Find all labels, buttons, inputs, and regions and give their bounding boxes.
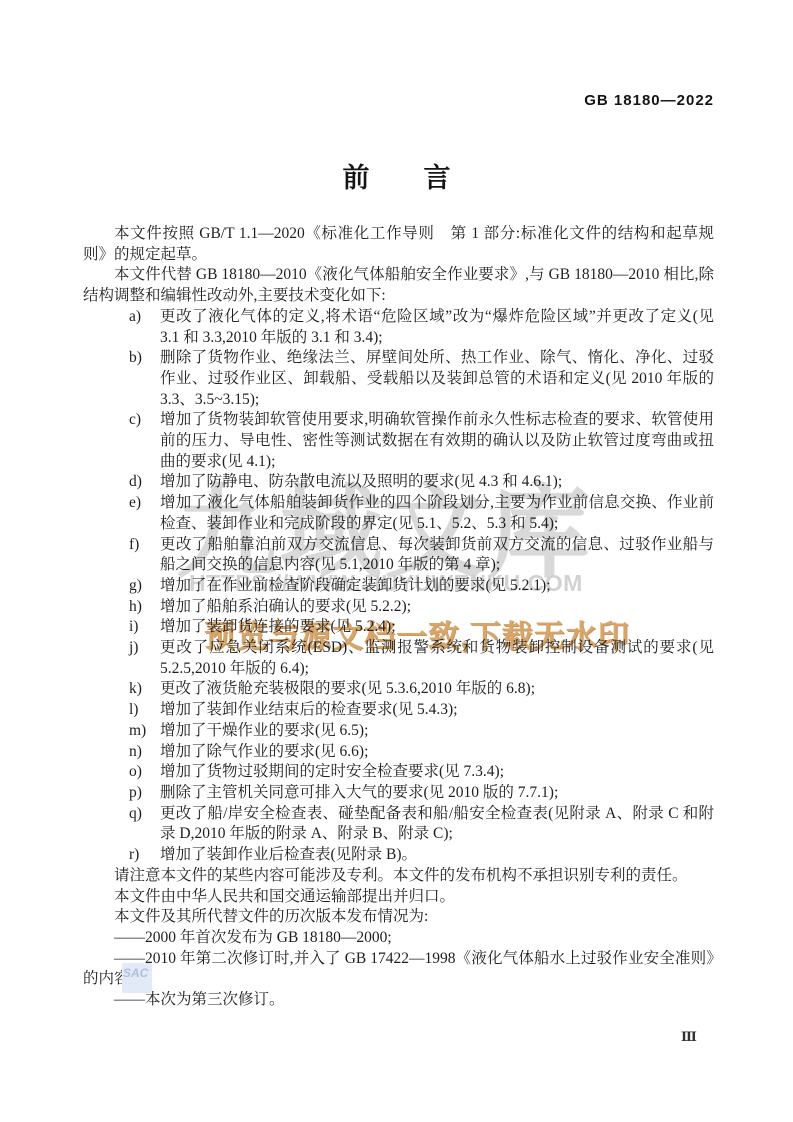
history-item: ——2010 年第二次修订时,并入了 GB 17422—1998《液化气体船水上…: [83, 949, 714, 990]
change-item-label: h): [129, 597, 160, 618]
change-list-item: r) 增加了装卸作业后检查表(见附录 B)。: [129, 845, 714, 866]
change-list-item: o) 增加了货物过驳期间的定时安全检查要求(见 7.3.4);: [129, 762, 714, 783]
change-item-text: 更改了船舶靠泊前双方交流信息、每次装卸货前双方交流的信息、过驳作业船与船之间交换…: [160, 535, 714, 576]
change-item-text: 删除了货物作业、绝缘法兰、屏壁间处所、热工作业、除气、惰化、净化、过驳作业、过驳…: [160, 348, 714, 410]
change-item-label: n): [129, 742, 160, 763]
change-item-label: l): [129, 700, 160, 721]
change-item-text: 增加了装卸作业后检查表(见附录 B)。: [160, 845, 714, 866]
change-list-item: g) 增加了在作业前检查阶段确定装卸货计划的要求(见 5.2.1);: [129, 576, 714, 597]
change-item-label: p): [129, 783, 160, 804]
history-item: ——本次为第三次修订。: [83, 990, 714, 1011]
change-item-label: i): [129, 617, 160, 638]
change-item-label: c): [129, 410, 160, 472]
doc-number: GB 18180—2022: [584, 92, 714, 109]
change-item-label: j): [129, 638, 160, 679]
change-item-text: 增加了装卸货连接的要求(见 5.2.4);: [160, 617, 714, 638]
change-item-text: 增加了干燥作业的要求(见 6.5);: [160, 721, 714, 742]
change-list-item: a) 更改了液化气体的定义,将术语“危险区域”改为“爆炸危险区域”并更改了定义(…: [129, 307, 714, 348]
change-list-item: h) 增加了船舶系泊确认的要求(见 5.2.2);: [129, 597, 714, 618]
sac-logo-text: SAC: [123, 966, 148, 980]
change-item-text: 更改了液化气体的定义,将术语“危险区域”改为“爆炸危险区域”并更改了定义(见 3…: [160, 307, 714, 348]
change-item-label: o): [129, 762, 160, 783]
change-item-label: b): [129, 348, 160, 410]
note-history-intro: 本文件及其所代替文件的历次版本发布情况为:: [83, 907, 714, 928]
change-list: a) 更改了液化气体的定义,将术语“危险区域”改为“爆炸危险区域”并更改了定义(…: [83, 307, 714, 866]
change-item-text: 增加了液化气体船舶装卸货作业的四个阶段划分,主要为作业前信息交换、作业前检查、装…: [160, 493, 714, 534]
change-item-text: 增加了货物过驳期间的定时安全检查要求(见 7.3.4);: [160, 762, 714, 783]
change-list-item: m) 增加了干燥作业的要求(见 6.5);: [129, 721, 714, 742]
change-item-label: m): [129, 721, 160, 742]
sac-logo: SAC: [122, 963, 152, 993]
change-item-text: 更改了液货舱充装极限的要求(见 5.3.6,2010 年版的 6.8);: [160, 679, 714, 700]
change-item-text: 更改了船/岸安全检查表、碰垫配备表和船/船安全检查表(见附录 A、附录 C 和附…: [160, 804, 714, 845]
note-proposer: 本文件由中华人民共和国交通运输部提出并归口。: [83, 887, 714, 908]
change-list-item: d) 增加了防静电、防杂散电流以及照明的要求(见 4.3 和 4.6.1);: [129, 472, 714, 493]
page-number-roman: Ⅲ: [681, 1029, 697, 1045]
change-item-label: e): [129, 493, 160, 534]
change-list-item: c) 增加了货物装卸软管使用要求,明确软管操作前永久性标志检查的要求、软管使用前…: [129, 410, 714, 472]
change-list-item: f) 更改了船舶靠泊前双方交流信息、每次装卸货前双方交流的信息、过驳作业船与船之…: [129, 535, 714, 576]
change-item-text: 增加了装卸作业结束后的检查要求(见 5.4.3);: [160, 700, 714, 721]
change-item-text: 增加了防静电、防杂散电流以及照明的要求(见 4.3 和 4.6.1);: [160, 472, 714, 493]
document-page: 九域文库 HTTPS://WWW.JIUYUWENKU.COM 预览与源文档一致…: [0, 0, 793, 1122]
change-list-item: e) 增加了液化气体船舶装卸货作业的四个阶段划分,主要为作业前信息交换、作业前检…: [129, 493, 714, 534]
change-item-text: 增加了在作业前检查阶段确定装卸货计划的要求(见 5.2.1);: [160, 576, 714, 597]
change-item-label: r): [129, 845, 160, 866]
change-item-label: d): [129, 472, 160, 493]
page-title: 前 言: [0, 156, 793, 195]
change-item-text: 增加了货物装卸软管使用要求,明确软管操作前永久性标志检查的要求、软管使用前的压力…: [160, 410, 714, 472]
change-list-item: j) 更改了应急关闭系统(ESD)、监测报警系统和货物装卸控制设备测试的要求(见…: [129, 638, 714, 679]
change-list-item: b) 删除了货物作业、绝缘法兰、屏壁间处所、热工作业、除气、惰化、净化、过驳作业…: [129, 348, 714, 410]
foreword-content: 本文件按照 GB/T 1.1—2020《标准化工作导则 第 1 部分:标准化文件…: [83, 224, 714, 1011]
note-patent: 请注意本文件的某些内容可能涉及专利。本文件的发布机构不承担识别专利的责任。: [83, 866, 714, 887]
change-item-text: 更改了应急关闭系统(ESD)、监测报警系统和货物装卸控制设备测试的要求(见 5.…: [160, 638, 714, 679]
change-list-item: i) 增加了装卸货连接的要求(见 5.2.4);: [129, 617, 714, 638]
change-list-item: l) 增加了装卸作业结束后的检查要求(见 5.4.3);: [129, 700, 714, 721]
change-item-label: a): [129, 307, 160, 348]
paragraph-replaces: 本文件代替 GB 18180—2010《液化气体船舶安全作业要求》,与 GB 1…: [83, 265, 714, 306]
change-item-label: g): [129, 576, 160, 597]
change-item-label: f): [129, 535, 160, 576]
change-item-text: 删除了主管机关同意可排入大气的要求(见 2010 版的 7.7.1);: [160, 783, 714, 804]
change-item-label: k): [129, 679, 160, 700]
change-item-text: 增加了船舶系泊确认的要求(见 5.2.2);: [160, 597, 714, 618]
change-item-label: q): [129, 804, 160, 845]
change-list-item: k) 更改了液货舱充装极限的要求(见 5.3.6,2010 年版的 6.8);: [129, 679, 714, 700]
change-item-text: 增加了除气作业的要求(见 6.6);: [160, 742, 714, 763]
change-list-item: q) 更改了船/岸安全检查表、碰垫配备表和船/船安全检查表(见附录 A、附录 C…: [129, 804, 714, 845]
change-list-item: n) 增加了除气作业的要求(见 6.6);: [129, 742, 714, 763]
change-list-item: p) 删除了主管机关同意可排入大气的要求(见 2010 版的 7.7.1);: [129, 783, 714, 804]
paragraph-drafting-rule: 本文件按照 GB/T 1.1—2020《标准化工作导则 第 1 部分:标准化文件…: [83, 224, 714, 265]
history-item: ——2000 年首次发布为 GB 18180—2000;: [83, 928, 714, 949]
